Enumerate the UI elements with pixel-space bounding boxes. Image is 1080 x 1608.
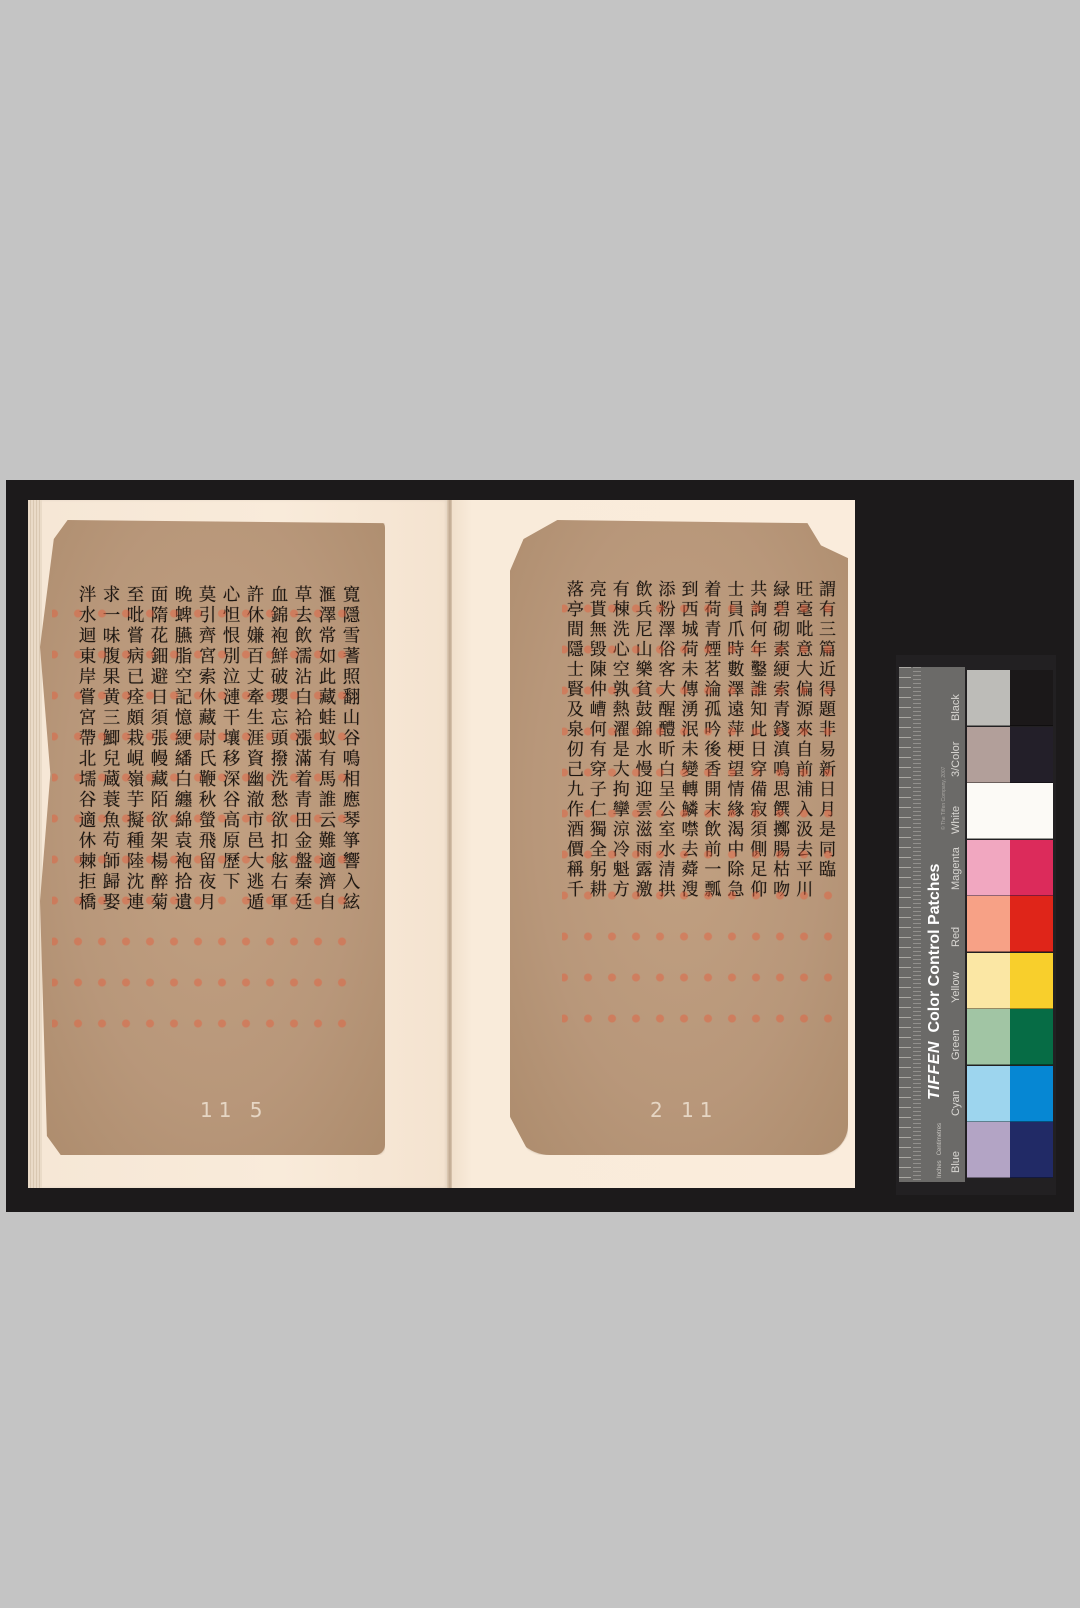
text-column: 寛隱雪蓍照翻山谷鳴相應琴箏響入絃 [338, 585, 362, 1055]
left-folio-number: 11 5 [200, 1098, 269, 1122]
ruler-ticks-centimetres [913, 667, 921, 1182]
ruler-units: Inches Centimetres [937, 1123, 943, 1178]
right-text-block: 謂有三篇近得題非易新日月是同臨 旺毫吡意大偏源來自前浦入汲去平川 緑碧砌素綆索青… [562, 580, 837, 1050]
patch-3-color-dark [1010, 727, 1053, 783]
patch-label: White [950, 805, 962, 833]
text-column: 旺毫吡意大偏源來自前浦入汲去平川 [791, 580, 814, 1050]
text-column: 添粉澤俗客大醒醴昕白呈公室水清拱 [654, 580, 677, 1050]
patch-magenta-dark [1010, 840, 1053, 896]
patch-red-light [967, 896, 1010, 952]
patch-label: Cyan [950, 1090, 962, 1116]
patch-label: Blue [950, 1150, 962, 1172]
text-column: 滙澤常如此藏蛙蚁有馬誰云難適濟自 [314, 585, 338, 1055]
patch-white-light [967, 783, 1053, 839]
text-column: 草去飲濡沾白袷漲滿着青田金盤秦廷 [290, 585, 314, 1055]
text-column: 晚蜱臙脂空記憶綆繙白纏綿袁袍拾遺 [170, 585, 194, 1055]
patch-cyan-light [967, 1066, 1010, 1122]
patch-yellow-light [967, 953, 1010, 1009]
text-column: 血錦袍鮮破瓔忘頭撥洗愁欲扣舷右軍 [266, 585, 290, 1055]
patch-red-dark [1010, 896, 1053, 952]
text-column: 莫引齊宮索休藏尉氏鞭秋螢飛留夜月 [194, 585, 218, 1055]
text-column: 許休嫌百丈牽生涯資幽澈市邑大逃遁 [242, 585, 266, 1055]
text-column: 泮水迴東岸嘗宮帶北壖谷適休棘拒橋 [74, 585, 98, 1055]
left-text-block: 寛隱雪蓍照翻山谷鳴相應琴箏響入絃 滙澤常如此藏蛙蚁有馬誰云難適濟自 草去飲濡沾白… [52, 585, 362, 1055]
patch-label: Green [950, 1029, 962, 1060]
patch-black-light [967, 670, 1010, 726]
text-column: 有棟洗心空孰熱濯是大拘攣涼冷魁方 [608, 580, 631, 1050]
text-column: 求一味腹果黄三鯽兒蔵蓑魚苟師歸娶 [98, 585, 122, 1055]
patch-blue-light [967, 1122, 1010, 1178]
text-column: 共詢何年鑿誰知此日穿備寂須側足仰 [745, 580, 768, 1050]
patch-green-light [967, 1009, 1010, 1065]
card-title-text: Color Control Patches [926, 864, 943, 1033]
patch-black-dark [1010, 670, 1053, 726]
text-column: 面隋花鈿避日須張幔藏陌欲架楊醉菊 [146, 585, 170, 1055]
card-title: TIFFEN Color Control Patches [926, 864, 944, 1100]
text-column: 心怛恨別泣漣干壤移深谷高原歷下 [218, 585, 242, 1055]
right-folio-number: 2 11 [650, 1098, 719, 1122]
patch-green-dark [1010, 1009, 1053, 1065]
patch-blue-dark [1010, 1122, 1053, 1178]
card-copyright: © The Tiffen Company, 2007 [941, 767, 947, 830]
tiffen-logo: TIFFEN [926, 1041, 943, 1100]
text-column: 落亭間隱士賢及泉仞己九作酒價稱千 [562, 580, 585, 1050]
patch-label: Magenta [950, 847, 962, 890]
page-edges [28, 500, 42, 1188]
patch-magenta-light [967, 840, 1010, 896]
text-column: 士員爪時數澤遠萍梗望情緣渴中除急 [722, 580, 745, 1050]
patch-label: 3/Color [950, 742, 962, 777]
patch-label: Yellow [950, 972, 962, 1003]
text-column: 緑碧砌素綆索青錢滇鳴思饌擲腸枯吻 [768, 580, 791, 1050]
text-column: 飲兵尼山樂貧鼓錦水慢迎雲滋雨露激 [631, 580, 654, 1050]
text-column: 謂有三篇近得題非易新日月是同臨 [814, 580, 837, 1050]
text-column: 至吡嘗病已痊頗栽峴嶺芋擬種陸沈連 [122, 585, 146, 1055]
patch-label: Red [950, 926, 962, 946]
text-column: 亮貰無毀陳仲嶆何有穿子仁獨全躬耕 [585, 580, 608, 1050]
ruler-ticks-inches [899, 667, 911, 1182]
patch-cyan-dark [1010, 1066, 1053, 1122]
text-column: 着荷青煙茗淪孤吟後香開末飲前一瓢 [699, 580, 722, 1050]
text-column: 到西城荷未傳湧泯未變轉鱗噤去蕣溲 [677, 580, 700, 1050]
patch-yellow-dark [1010, 953, 1053, 1009]
patch-label: Black [950, 694, 962, 721]
patch-3-color-light [967, 727, 1010, 783]
